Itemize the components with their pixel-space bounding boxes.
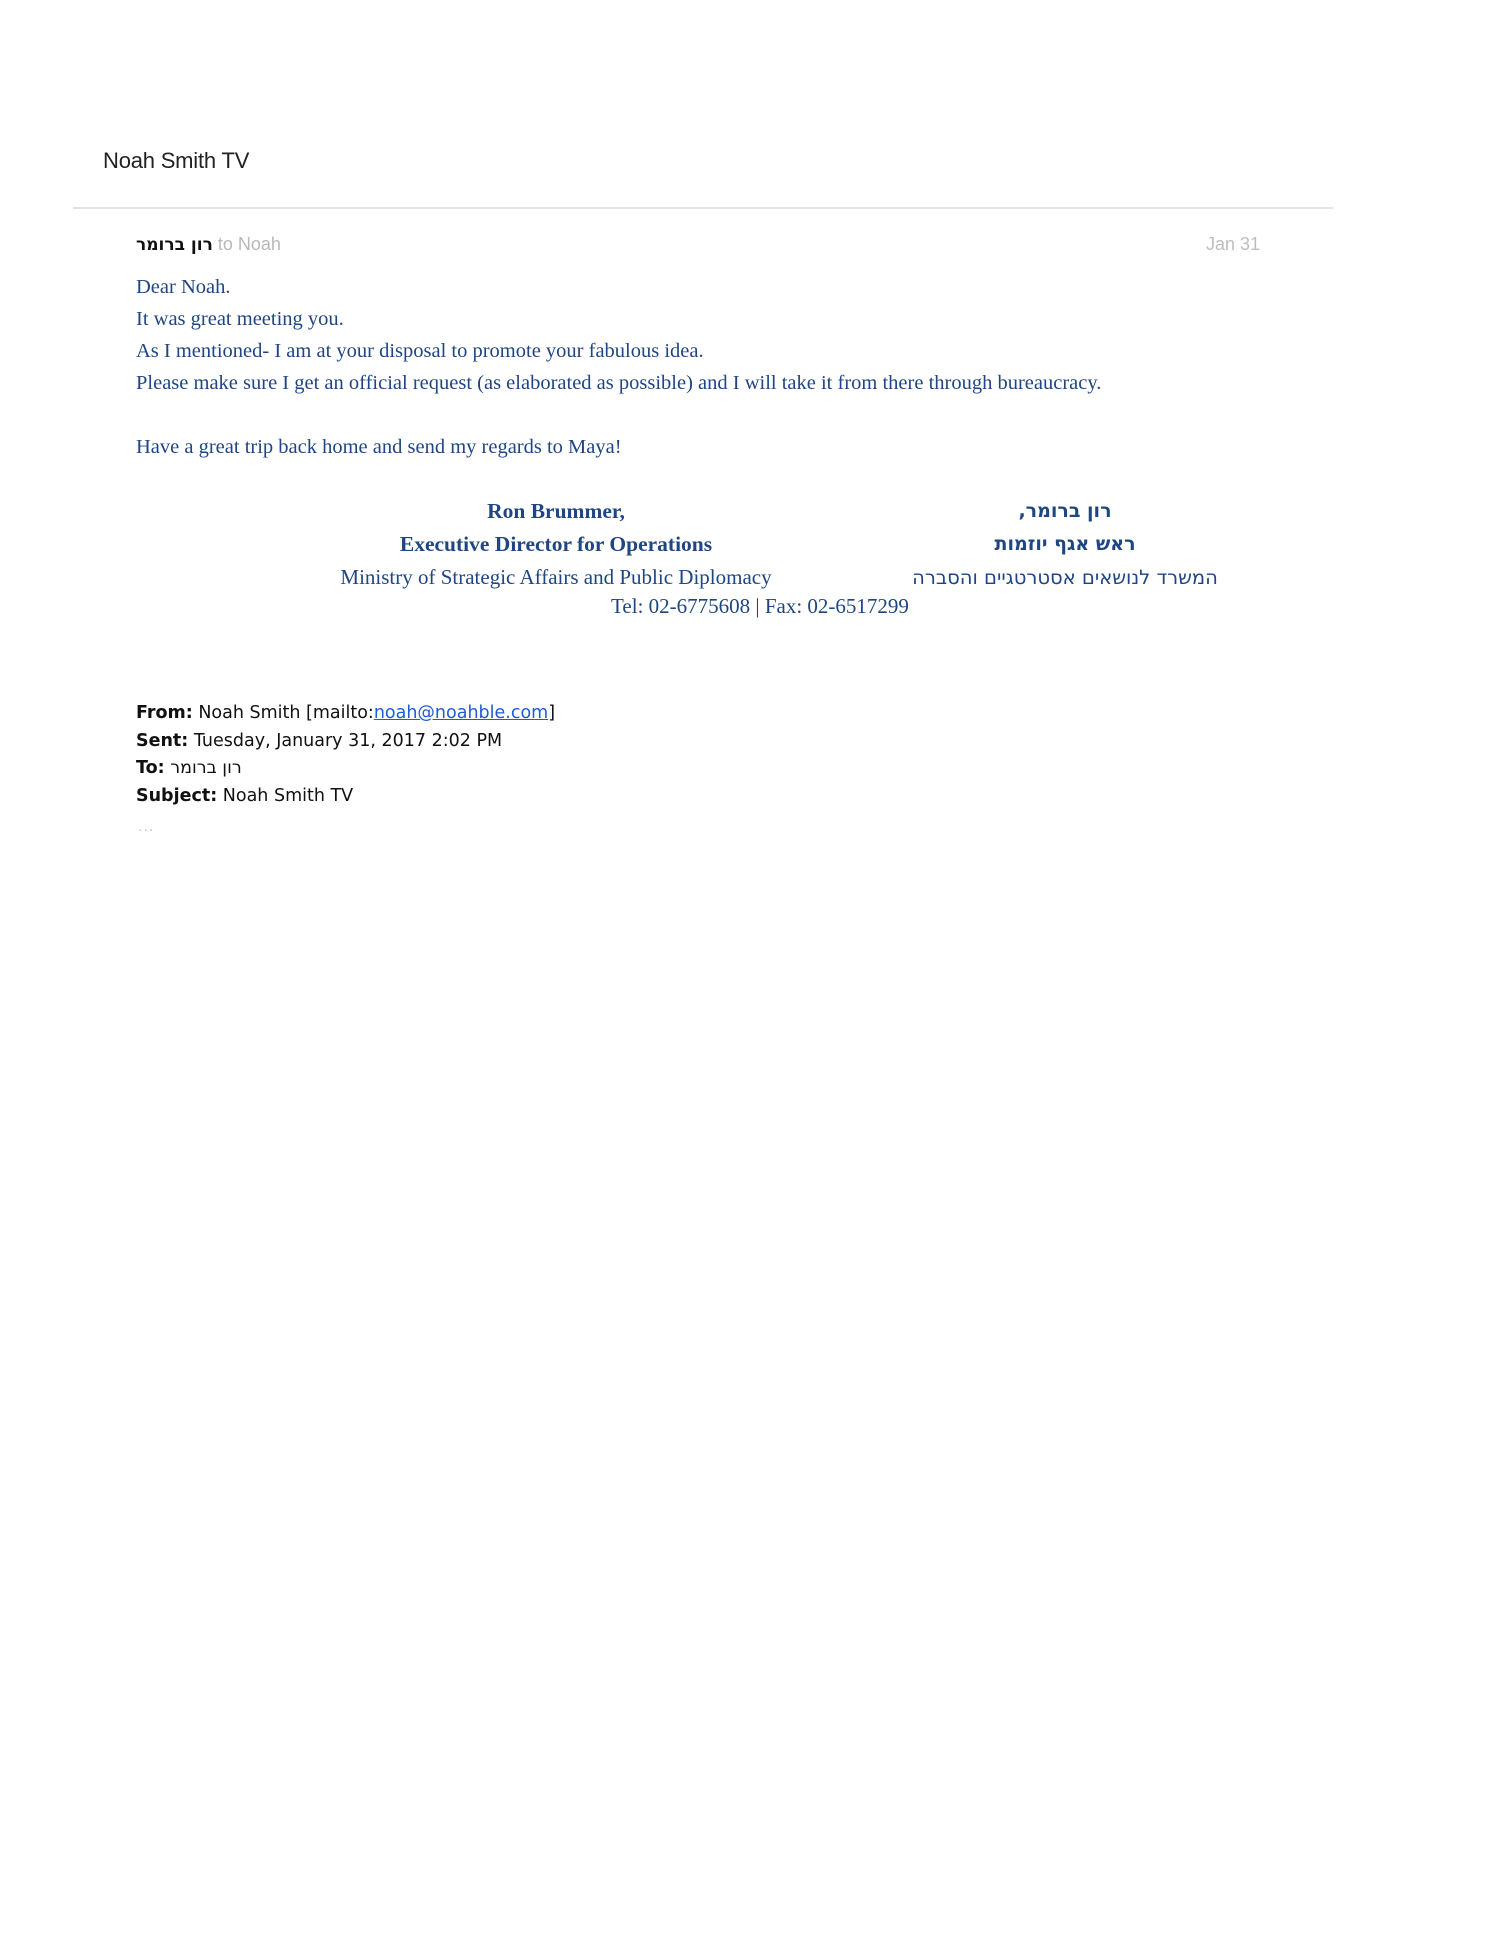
- body-line: Please make sure I get an official reque…: [136, 367, 1336, 399]
- thread-subject: Noah Smith TV: [103, 148, 249, 174]
- quoted-sent-label: Sent:: [136, 731, 188, 751]
- quoted-from-name: Noah Smith [mailto:: [198, 703, 374, 723]
- quoted-to-value: רון ברומר: [170, 758, 242, 778]
- body-gap: [136, 399, 1336, 431]
- signature-title-he: ראש אגף יוזמות: [880, 528, 1250, 561]
- signature-contact: Tel: 02-6775608 | Fax: 02-6517299: [560, 594, 960, 619]
- quoted-from-label: From:: [136, 703, 193, 723]
- quoted-to-label: To:: [136, 758, 165, 778]
- header-divider: [73, 207, 1333, 209]
- quoted-sent: Sent: Tuesday, January 31, 2017 2:02 PM: [136, 728, 555, 756]
- quoted-sent-value: Tuesday, January 31, 2017 2:02 PM: [194, 731, 502, 751]
- quoted-from: From: Noah Smith [mailto:noah@noahble.co…: [136, 700, 555, 728]
- signature-org-he: המשרד לנושאים אסטרטגיים והסברה: [880, 561, 1250, 594]
- sender-name[interactable]: רון ברומר: [136, 235, 213, 255]
- signature-org: Ministry of Strategic Affairs and Public…: [296, 561, 816, 594]
- body-line: Dear Noah.: [136, 271, 1336, 303]
- signature-hebrew: רון ברומר, ראש אגף יוזמות המשרד לנושאים …: [880, 495, 1250, 594]
- quoted-to: To: רון ברומר: [136, 755, 555, 783]
- recipient-label[interactable]: to Noah: [218, 234, 281, 254]
- signature-title: Executive Director for Operations: [296, 528, 816, 561]
- quoted-subject-label: Subject:: [136, 786, 217, 806]
- body-line: It was great meeting you.: [136, 303, 1336, 335]
- quoted-from-email-link[interactable]: noah@noahble.com: [374, 703, 548, 723]
- signature-name-he: רון ברומר,: [880, 495, 1250, 528]
- quoted-header: From: Noah Smith [mailto:noah@noahble.co…: [136, 700, 555, 810]
- body-line: As I mentioned- I am at your disposal to…: [136, 335, 1336, 367]
- message-header: רון ברומר to Noah Jan 31: [136, 234, 1260, 255]
- signature-english: Ron Brummer, Executive Director for Oper…: [296, 495, 816, 594]
- quoted-subject-value: Noah Smith TV: [223, 786, 353, 806]
- signature-name: Ron Brummer,: [296, 495, 816, 528]
- message-date: Jan 31: [1206, 234, 1260, 255]
- quoted-from-suffix: ]: [548, 703, 555, 723]
- message-body: Dear Noah. It was great meeting you. As …: [136, 271, 1336, 463]
- show-trimmed-content-button[interactable]: ...: [138, 818, 154, 836]
- quoted-subject: Subject: Noah Smith TV: [136, 783, 555, 811]
- body-line: Have a great trip back home and send my …: [136, 431, 1336, 463]
